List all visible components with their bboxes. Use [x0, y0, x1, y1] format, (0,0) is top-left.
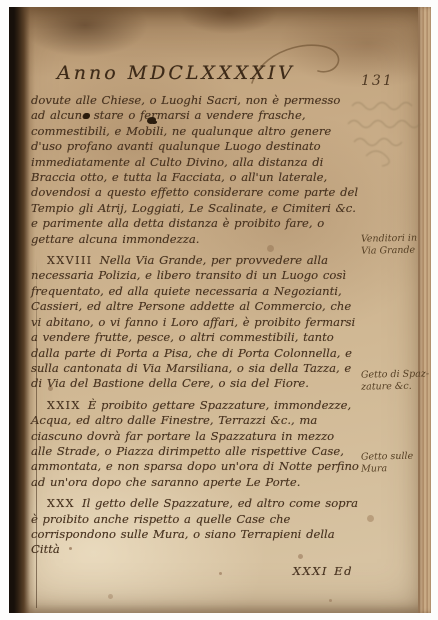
catchword-line: XXXI Ed [31, 564, 359, 579]
foxing-spots [69, 547, 72, 550]
margin-note-getto-spazzature: Getto di Spaz-zature &c. [361, 368, 435, 392]
paragraph-xxx: XXXIl getto delle Spazzature, ed altro c… [31, 496, 359, 558]
paragraph-continuation: dovute alle Chiese, o Luoghi Sacri, non … [31, 93, 359, 247]
section-numeral: XXIX [47, 399, 81, 412]
paragraph-text: Il getto delle Spazzature, ed altro come… [31, 496, 358, 556]
paragraph-text: dovute alle Chiese, o Luoghi Sacri, non … [31, 93, 358, 246]
section-numeral: XXX [47, 497, 75, 510]
manuscript-page: Anno MDCLXXXXIV 131 dovute alle Chiese, … [9, 7, 431, 613]
paragraph-xxviii: XXVIIINella Via Grande, per provvedere a… [31, 253, 359, 392]
paragraph-text: Nella Via Grande, per provvedere alla ne… [31, 253, 355, 390]
paragraph-xxix: XXIXÈ proibito gettare Spazzature, immon… [31, 398, 359, 490]
margin-note-venditori: Venditori in Via Grande [361, 232, 435, 256]
body-text: dovute alle Chiese, o Luoghi Sacri, non … [31, 93, 359, 585]
photo-background: Anno MDCLXXXXIV 131 dovute alle Chiese, … [0, 0, 438, 620]
year-heading: Anno MDCLXXXXIV [57, 62, 295, 84]
section-numeral: XXVIII [47, 254, 93, 267]
catchword: XXXI Ed [293, 564, 353, 578]
margin-note-getto-mura: Getto sulle Mura [361, 450, 435, 474]
folio-number: 131 [361, 73, 394, 89]
